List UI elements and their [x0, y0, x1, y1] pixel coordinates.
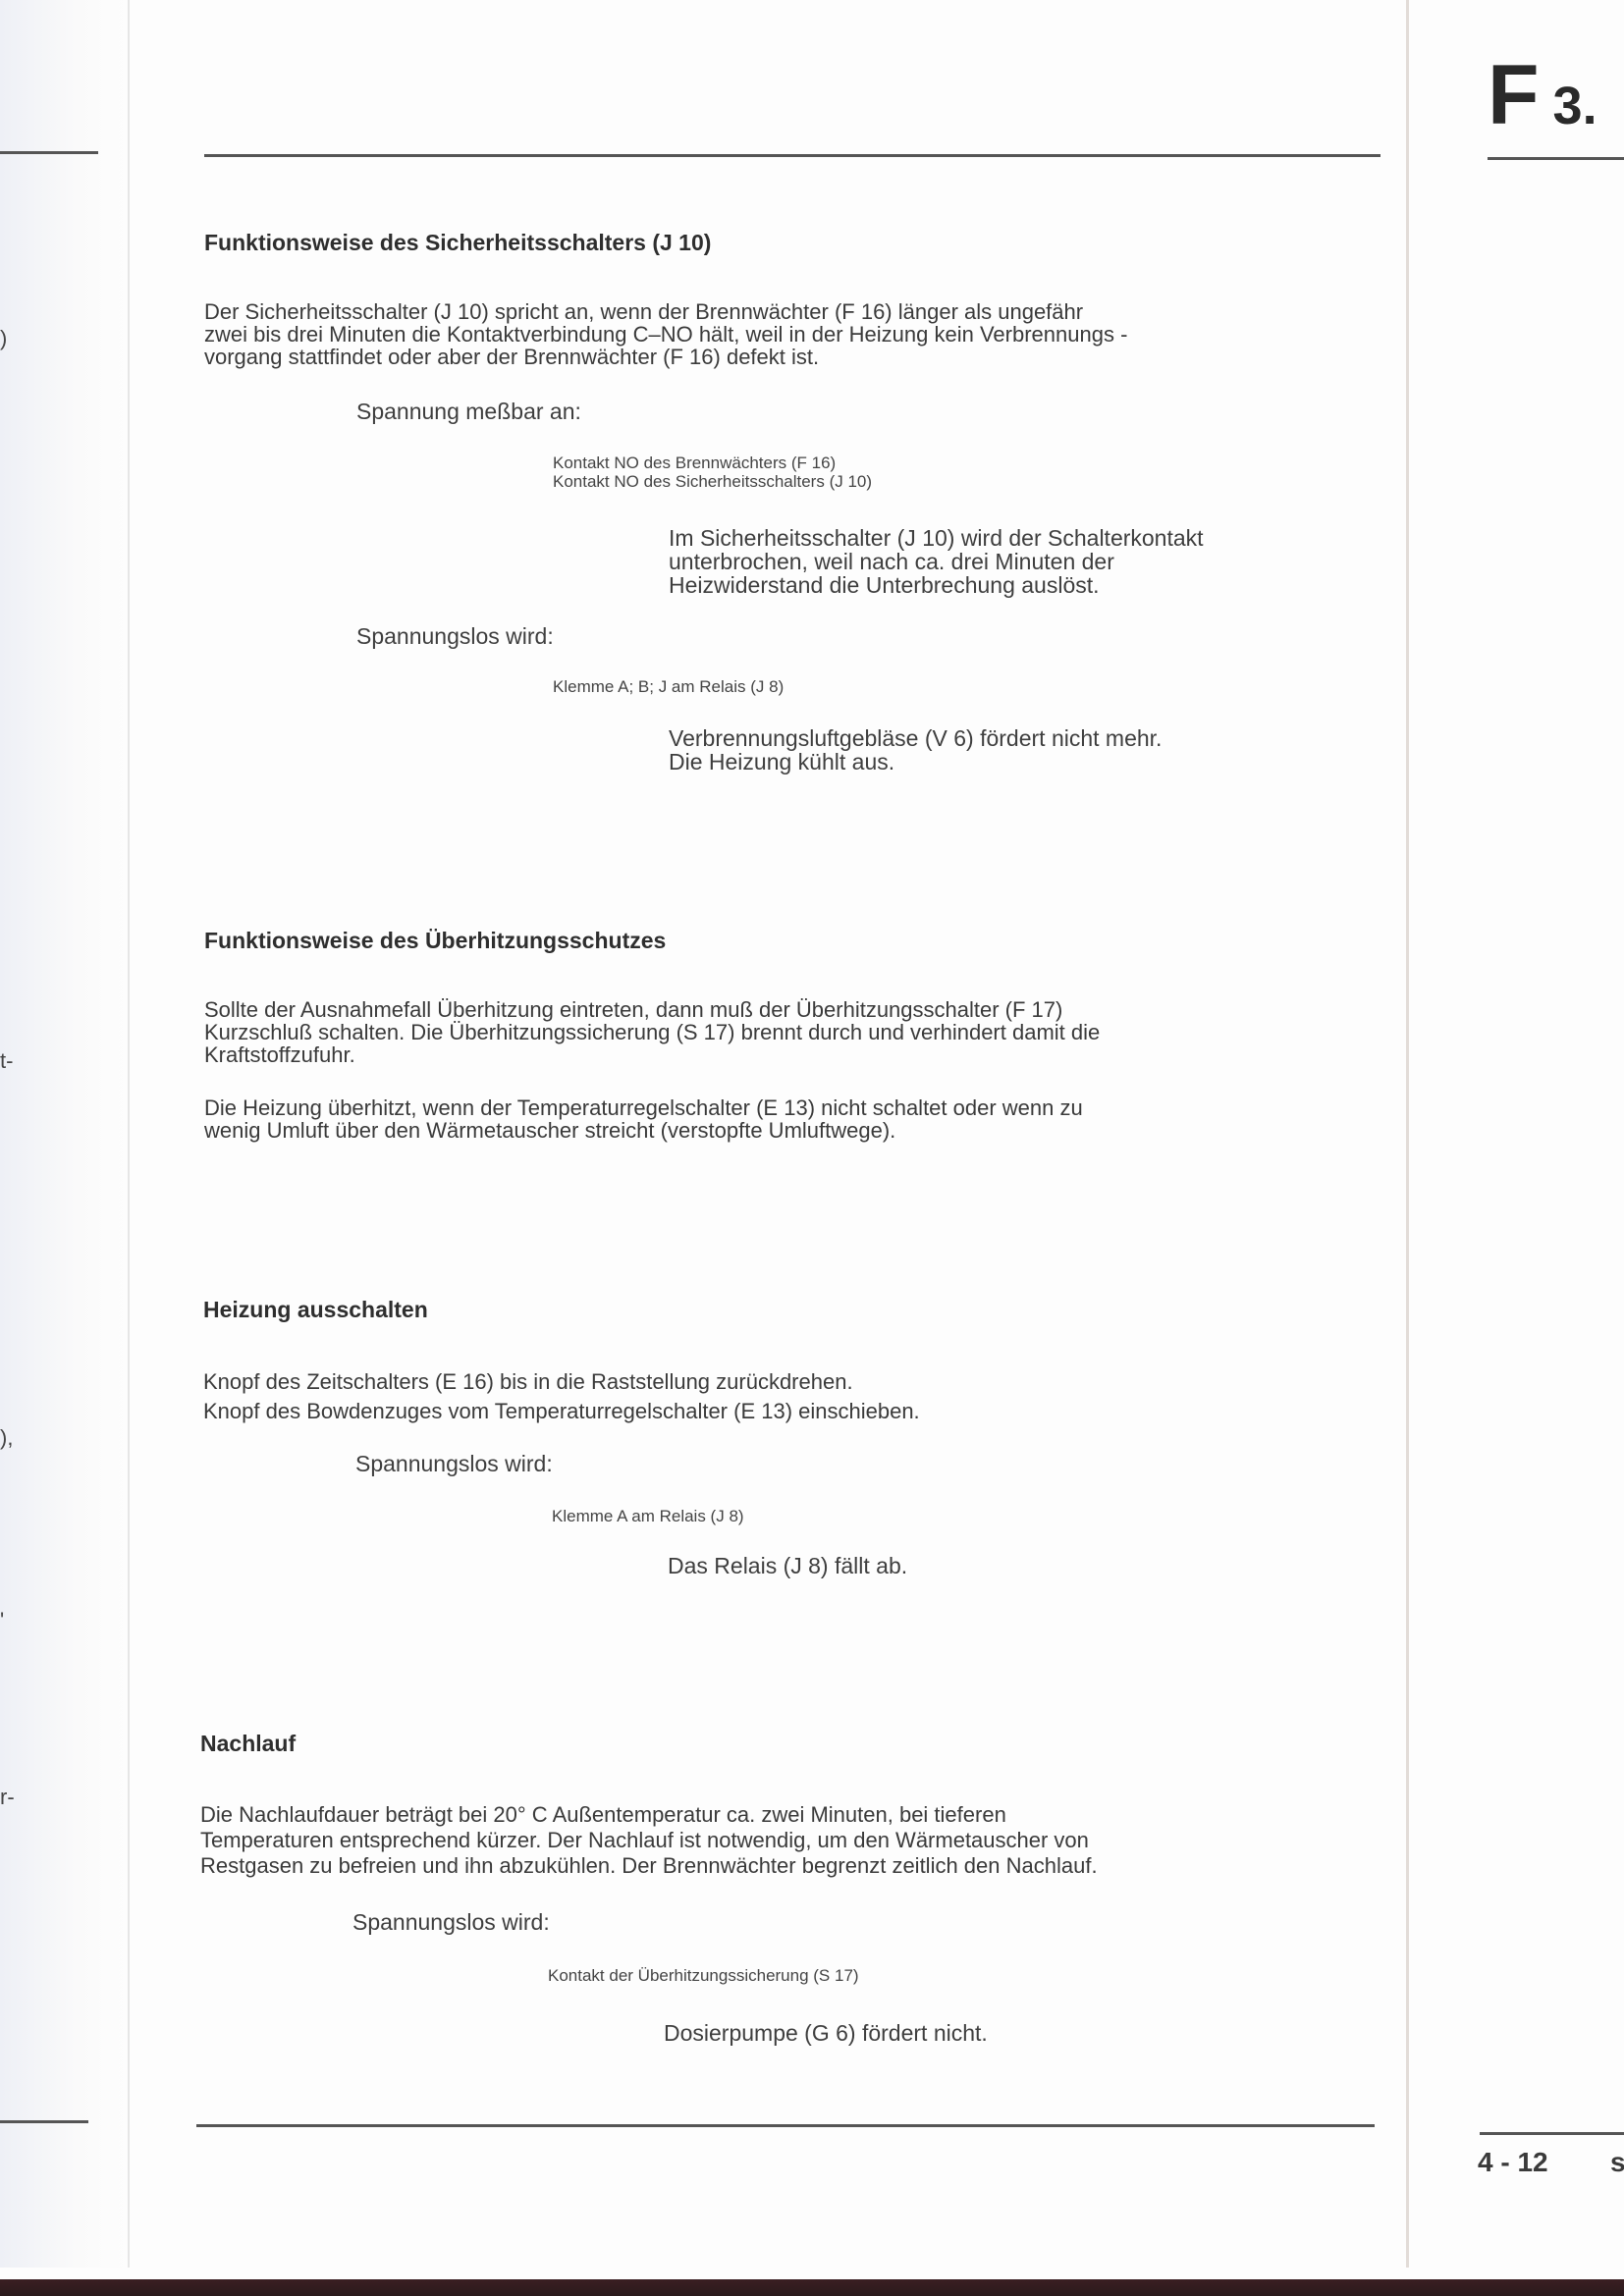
chapter-letter: F: [1488, 48, 1540, 142]
scan-bottom-edge: [0, 2279, 1624, 2296]
left-page-fragment: t-: [0, 1048, 13, 1074]
section-paragraph: Knopf des Zeitschalters (E 16) bis in di…: [203, 1367, 1401, 1426]
chapter-rule: [1488, 157, 1624, 160]
chapter-number: 3.: [1553, 77, 1597, 135]
header-rule: [204, 154, 1380, 157]
section-heading: Heizung ausschalten: [203, 1299, 428, 1321]
left-page-top-rule: [0, 151, 98, 154]
left-page-fragment: ': [0, 1608, 4, 1633]
left-page-fragment: r-: [0, 1785, 15, 1810]
voltage-free-result: Dosierpumpe (G 6) fördert nicht.: [664, 2021, 988, 2045]
section-heading: Funktionsweise des Überhitzungsschutzes: [204, 930, 666, 952]
adjacent-left-page: [0, 0, 128, 2268]
section-paragraph: Der Sicherheitsschalter (J 10) spricht a…: [204, 300, 1402, 368]
page-fold-left: [128, 0, 130, 2268]
voltage-free-label: Spannungslos wird:: [356, 625, 554, 648]
voltage-free-points: Klemme A; B; J am Relais (J 8): [553, 677, 784, 696]
footer-rule: [196, 2124, 1375, 2127]
voltage-free-label: Spannungslos wird:: [352, 1911, 550, 1934]
page-number: 4 - 12: [1478, 2147, 1548, 2178]
left-page-fragment: ): [0, 326, 7, 351]
voltage-measurement-points: Kontakt NO des Brennwächters (F 16) Kont…: [553, 454, 872, 491]
section-paragraph: Sollte der Ausnahmefall Überhitzung eint…: [204, 998, 1402, 1066]
section-heading: Nachlauf: [200, 1733, 296, 1755]
voltage-result: Im Sicherheitsschalter (J 10) wird der S…: [669, 526, 1204, 597]
voltage-free-label: Spannungslos wird:: [355, 1453, 553, 1475]
page-number-fragment: s: [1610, 2147, 1624, 2178]
section-paragraph: Die Nachlaufdauer beträgt bei 20° C Auße…: [200, 1802, 1408, 1879]
chapter-marker: F3.: [1488, 47, 1597, 144]
section-heading: Funktionsweise des Sicherheitsschalters …: [204, 232, 711, 254]
section-paragraph: Die Heizung überhitzt, wenn der Temperat…: [204, 1096, 1402, 1142]
voltage-measurable-label: Spannung meßbar an:: [356, 400, 581, 423]
left-page-fragment: ),: [0, 1425, 13, 1451]
left-page-bottom-rule: [0, 2120, 88, 2123]
voltage-free-result: Das Relais (J 8) fällt ab.: [668, 1554, 907, 1577]
page-fold-right: [1406, 0, 1409, 2268]
voltage-free-points: Klemme A am Relais (J 8): [552, 1507, 744, 1525]
voltage-free-points: Kontakt der Überhitzungssicherung (S 17): [548, 1966, 859, 1985]
page-number-rule: [1480, 2132, 1624, 2135]
voltage-free-result: Verbrennungsluftgebläse (V 6) fördert ni…: [669, 726, 1162, 774]
